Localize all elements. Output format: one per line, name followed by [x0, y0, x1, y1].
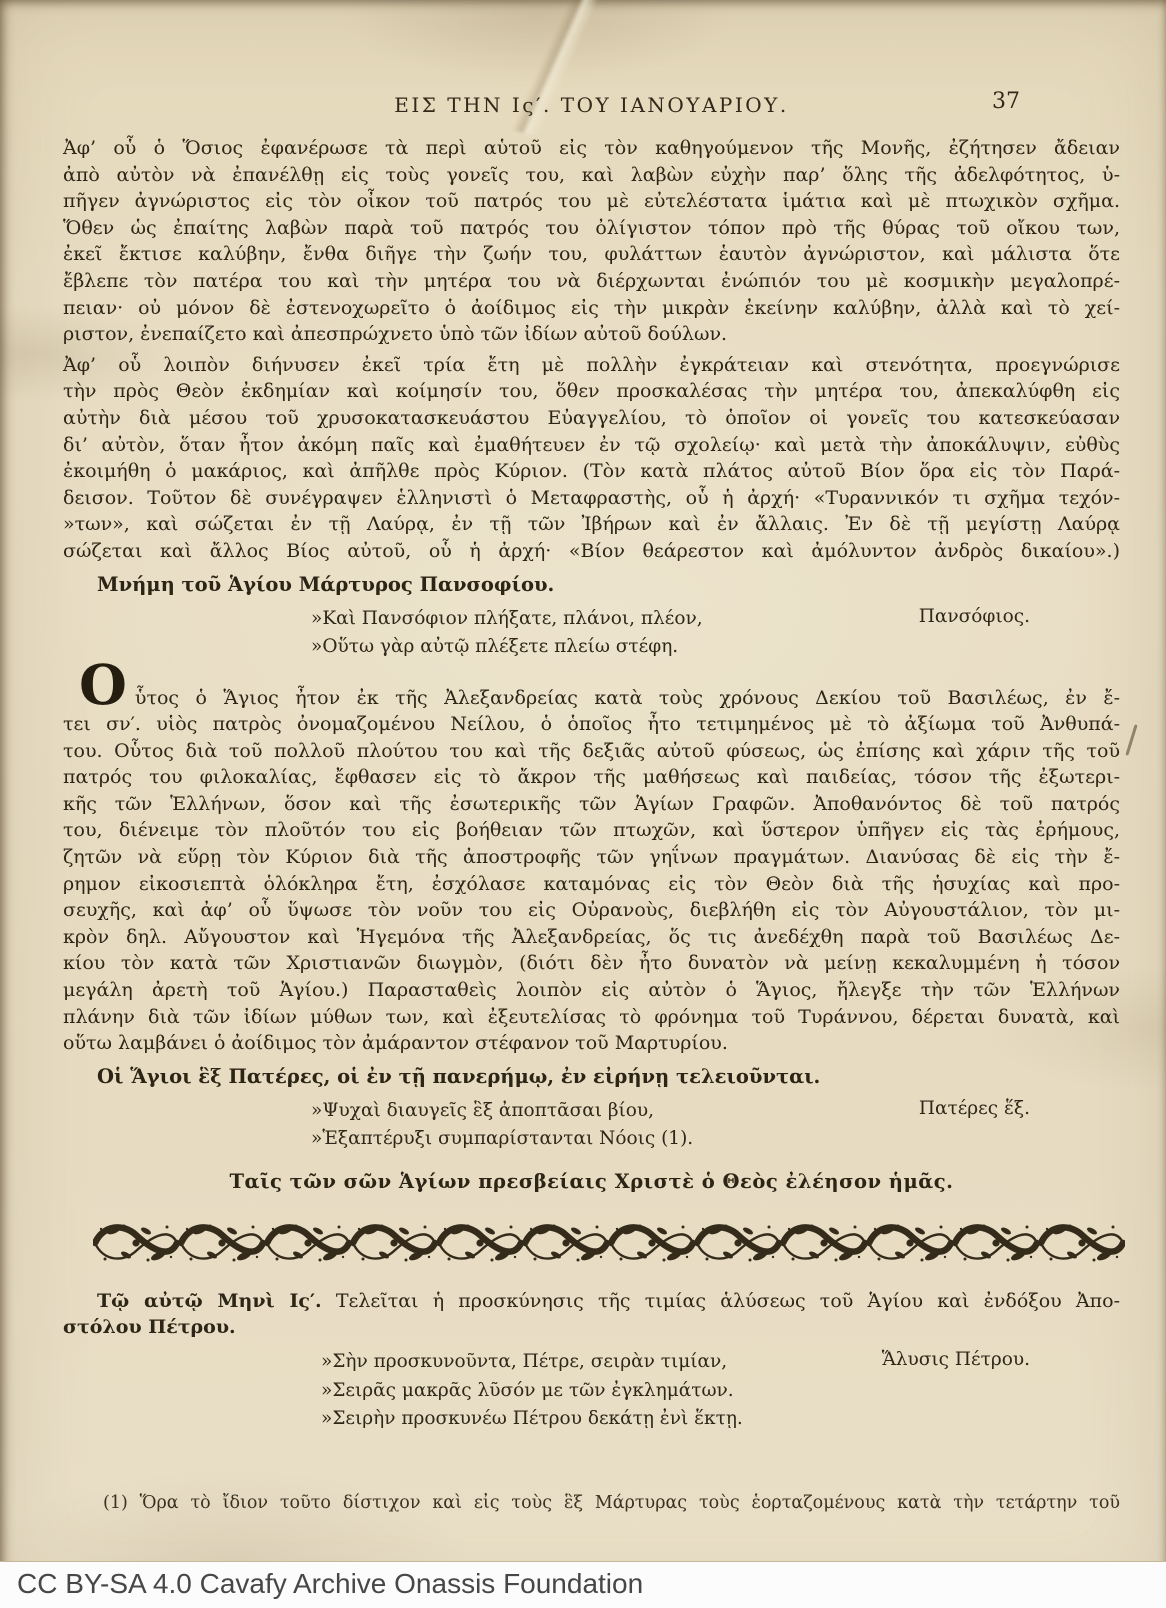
text-line: Ἀφ’ οὗ λοιπὸν διήνυσεν ἐκεῖ τρία ἔτη μὲ …	[63, 352, 1120, 379]
license-bar: CC BY-SA 4.0 Cavafy Archive Onassis Foun…	[0, 1562, 1166, 1608]
text-line: »των», καὶ σώζεται ἐν τῇ Λαύρᾳ, ἐν τῇ τῶ…	[63, 511, 1120, 538]
text-line: »Οὕτω γὰρ αὐτῷ πλέξετε πλείω στέφη.	[63, 633, 1120, 661]
text-line: ἔβλεπε τὸν πατέρα του καὶ τὴν μητέρα του…	[63, 268, 1120, 295]
doxology-line: Ταῖς τῶν σῶν Ἁγίων πρεσβείαις Χριστὲ ὁ Θ…	[63, 1168, 1120, 1196]
text-line: ρημον εἰκοσιεπτὰ ὁλόκληρα ἔτη, ἐσχόλασε …	[63, 871, 1120, 898]
text-line: κρὸν δηλ. Αὔγουστον καὶ Ἡγεμόνα τῆς Ἀλεξ…	[63, 924, 1120, 951]
text-line: ριστον, ἐνεπαίζετο καὶ ἀπεσπρώχνετο ὑπὸ …	[63, 321, 1120, 348]
text-line: τὴν πρὸς Θεὸν ἐκδημίαν καὶ κοίμησίν του,…	[63, 378, 1120, 405]
heading-pansophios: Μνήμη τοῦ Ἁγίου Μάρτυρος Πανσοφίου.	[63, 571, 1120, 598]
text-line: Ἀφ’ οὗ ὁ Ὅσιος ἐφανέρωσε τὰ περὶ αὑτοῦ ε…	[63, 135, 1120, 162]
text-line: αὐτὴν διὰ μέσου τοῦ χρυσοκατασκευάστου Ε…	[63, 405, 1120, 432]
dropcap-initial: Ο	[63, 652, 135, 717]
verses-pansophios: »Καὶ Πανσόφιον πλήξατε, πλάνοι, πλέον,»Ο…	[63, 605, 1120, 661]
text-line: κῆς τῶν Ἑλλήνων, ὅσον καὶ τῆς ἐσωτερικῆς…	[63, 791, 1120, 818]
text-line: ἐκεῖ ἔκτισε καλύβην, ἔνθα διῆγε τὴν ζωήν…	[63, 241, 1120, 268]
text-line: πλάνην διὰ τῶν ἰδίων μύθων των, καὶ ἐξευ…	[63, 1004, 1120, 1031]
text-line: του. Οὗτος διὰ τοῦ πολλοῦ πλούτου του κα…	[63, 738, 1120, 765]
license-text: CC BY-SA 4.0 Cavafy Archive Onassis Foun…	[0, 1562, 1166, 1606]
text-line: δεισον. Τοῦτον δὲ συνέγραψεν ἑλληνιστὶ ὁ…	[63, 485, 1120, 512]
text-line: πῆγεν ἀγνώριστος εἰς τὸν οἶκον τοῦ πατρό…	[63, 188, 1120, 215]
ornament-band	[93, 1221, 1125, 1265]
verses-peter: »Σὴν προσκυνοῦντα, Πέτρε, σειρὰν τιμίαν,…	[63, 1348, 1120, 1434]
paragraph-peter-chains: Τῷ αὐτῷ Μηνὶ Ις′. Τελεῖται ἡ προσκύνησις…	[63, 1288, 1120, 1341]
text-line: πειαν· οὐ μόνον δὲ ἐστενοχωρεῖτο ὁ ἀοίδι…	[63, 295, 1120, 322]
text-line: πατρός του φιλοκαλίας, ἔφθασεν εἰς τὸ ἄκ…	[63, 764, 1120, 791]
text-line: μεγάλη ἀρετὴ τοῦ Ἁγίου.) Παρασταθεὶς λοι…	[63, 977, 1120, 1004]
paragraph-pansophios-life: Οὗτος ὁ Ἅγιος ἦτον ἐκ τῆς Ἀλεξανδρείας κ…	[63, 672, 1120, 1057]
scanned-book-page: { "header": { "title": "ΕΙΣ ΤΗΝ Ις′. ΤΟΥ…	[0, 0, 1166, 1608]
paragraph-hosios: Ἀφ’ οὗ ὁ Ὅσιος ἐφανέρωσε τὰ περὶ αὑτοῦ ε…	[63, 135, 1120, 348]
heading-six-fathers: Οἱ Ἅγιοι ἓξ Πατέρες, οἱ ἐν τῇ πανερήμῳ, …	[63, 1063, 1120, 1090]
text-line: »Σειρᾶς μακρᾶς λῦσόν με τῶν ἐγκλημάτων.	[63, 1377, 1120, 1406]
text-line: ἐκοιμήθη ὁ μακάριος, καὶ ἀπῆλθε πρὸς Κύρ…	[63, 458, 1120, 485]
margin-label-peter: Ἅλυσις Πέτρου.	[882, 1349, 1030, 1370]
peter-intro: Τῷ αὐτῷ Μηνὶ Ις′.	[97, 1290, 322, 1312]
text-line: »Ἑξαπτέρυξι συμπαρίστανται Νόοις (1).	[63, 1125, 1120, 1153]
text-line: Ὅθεν ὡς ἐπαίτης λαβὼν παρὰ τοῦ πατρός το…	[63, 215, 1120, 242]
paragraph-hosios-end: Ἀφ’ οὗ λοιπὸν διήνυσεν ἐκεῖ τρία ἔτη μὲ …	[63, 352, 1120, 565]
text-line: σώζεται καὶ ἄλλος Βίος αὐτοῦ, οὗ ἡ ἀρχή·…	[63, 538, 1120, 565]
text-line: Οὗτος ὁ Ἅγιος ἦτον ἐκ τῆς Ἀλεξανδρείας κ…	[63, 672, 1120, 712]
text-line: Τῷ αὐτῷ Μηνὶ Ις′. Τελεῖται ἡ προσκύνησις…	[63, 1288, 1120, 1315]
text-line: κίου τὸν κατὰ τῶν Χριστιανῶν διωγμὸν, (δ…	[63, 950, 1120, 977]
verses-six-fathers: »Ψυχαὶ διαυγεῖς ἓξ ἀποπτᾶσαι βίου,»Ἑξαπτ…	[63, 1097, 1120, 1153]
page-number: 37	[992, 89, 1020, 114]
page-content: ΕΙΣ ΤΗΝ Ις′. ΤΟΥ ΙΑΝΟΥΑΡΙΟΥ. 37 Ἀφ’ οὗ ὁ…	[63, 0, 1120, 1516]
text-line: οὕτω λαμβάνει ὁ ἀοίδιμος τὸν ἀμάραντον σ…	[63, 1030, 1120, 1057]
text-line: »Σειρὴν προσκυνέω Πέτρου δεκάτῃ ἐνὶ ἕκτῃ…	[63, 1405, 1120, 1434]
running-header: ΕΙΣ ΤΗΝ Ις′. ΤΟΥ ΙΑΝΟΥΑΡΙΟΥ. 37	[63, 93, 1120, 121]
peter-line1-rest: Τελεῖται ἡ προσκύνησις τῆς τιμίας ἁλύσεω…	[336, 1290, 1120, 1312]
text-line: δι’ αὐτὸν, ὅταν ἦτον ἀκόμη παῖς καὶ ἐμαθ…	[63, 432, 1120, 459]
text-line: του, διένειμε τὸν πλοῦτόν του εἰς βοήθει…	[63, 817, 1120, 844]
first-line-text: ὗτος ὁ Ἅγιος ἦτον ἐκ τῆς Ἀλεξανδρείας κα…	[135, 687, 1120, 709]
text-line: σευχῆς, καὶ ἀφ’ οὗ ὕψωσε τὸν νοῦν του εἰ…	[63, 897, 1120, 924]
text-line: στόλου Πέτρου.	[63, 1314, 1120, 1341]
text-line: ζητῶν νὰ εὕρῃ τὸν Κύριον διὰ τῆς ἀποστρο…	[63, 844, 1120, 871]
footnote-line: (1) Ὅρα τὸ ἴδιον τοῦτο δίστιχον καὶ εἰς …	[63, 1491, 1120, 1516]
margin-label-pansophios: Πανσόφιος.	[919, 606, 1030, 627]
text-line: ἀπὸ αὐτὸν νὰ ἐπανέλθῃ εἰς τοὺς γονεῖς το…	[63, 162, 1120, 189]
page-title: ΕΙΣ ΤΗΝ Ις′. ΤΟΥ ΙΑΝΟΥΑΡΙΟΥ.	[63, 93, 1120, 117]
text-line: τει σν′. υἱὸς πατρὸς ὀνομαζομένου Νείλου…	[63, 711, 1120, 738]
margin-label-six-fathers: Πατέρες ἕξ.	[919, 1098, 1030, 1119]
